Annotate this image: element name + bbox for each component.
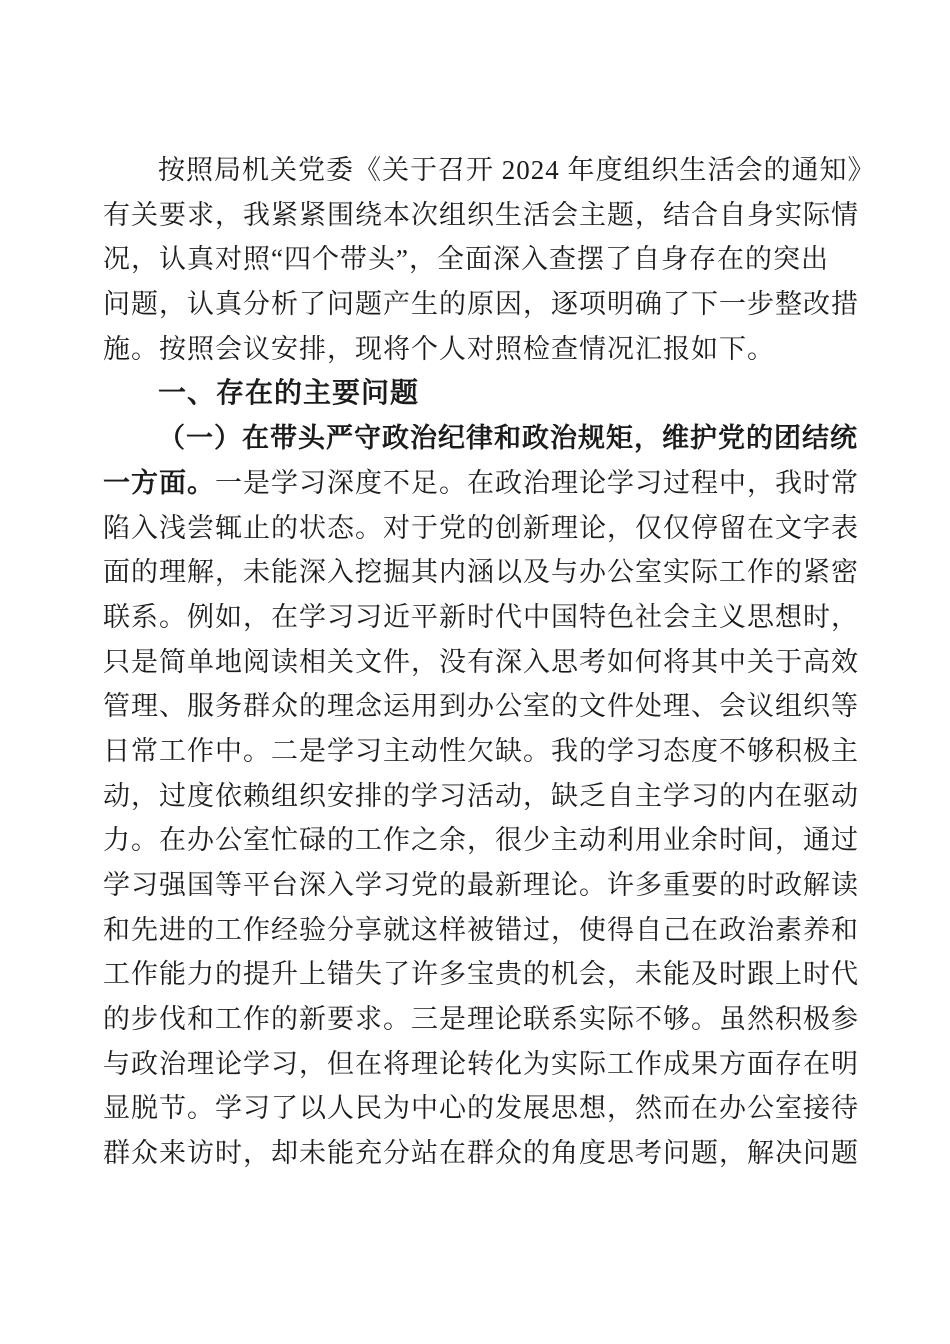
section1-line: 只是简单地阅读相关文件，没有深入思考如何将其中关于高效 xyxy=(103,640,833,685)
section1-line: 显脱节。学习了以人民为中心的发展思想，然而在办公室接待 xyxy=(103,1086,833,1131)
section1-line: 的步伐和工作的新要求。三是理论联系实际不够。虽然积极参 xyxy=(103,997,833,1042)
section1-line: 学习强国等平台深入学习党的最新理论。许多重要的时政解读 xyxy=(103,863,833,908)
section1-line: 面的理解，未能深入挖掘其内涵以及与办公室实际工作的紧密 xyxy=(103,550,833,595)
paragraph1-line: 施。按照会议安排，现将个人对照检查情况汇报如下。 xyxy=(103,327,833,372)
section1-lead-line: （一）在带头严守政治纪律和政治规矩，维护党的团结统 xyxy=(103,416,833,461)
section1-line: 管理、服务群众的理念运用到办公室的文件处理、会议组织等 xyxy=(103,684,833,729)
section1-line: 日常工作中。二是学习主动性欠缺。我的学习态度不够积极主 xyxy=(103,729,833,774)
paragraph1-line: 问题，认真分析了问题产生的原因，逐项明确了下一步整改措 xyxy=(103,282,833,327)
section1-line-text: 一是学习深度不足。在政治理论学习过程中，我时常 xyxy=(215,468,859,498)
section1-line: 群众来访时，却未能充分站在群众的角度思考问题，解决问题 xyxy=(103,1131,833,1176)
section1-line: 力。在办公室忙碌的工作之余，很少主动利用业余时间，通过 xyxy=(103,818,833,863)
document-page: 按照局机关党委《关于召开 2024 年度组织生活会的通知》 有关要求，我紧紧围绕… xyxy=(0,0,950,1344)
section-heading: 一、存在的主要问题 xyxy=(103,371,833,416)
paragraph1-line: 况，认真对照“四个带头”，全面深入查摆了自身存在的突出 xyxy=(103,237,833,282)
section1-lead-continuation: 一方面。 xyxy=(103,468,215,498)
paragraph1-line: 有关要求，我紧紧围绕本次组织生活会主题，结合自身实际情 xyxy=(103,193,833,238)
section1-line: 陷入浅尝辄止的状态。对于党的创新理论，仅仅停留在文字表 xyxy=(103,506,833,551)
section1-line: 与政治理论学习，但在将理论转化为实际工作成果方面存在明 xyxy=(103,1042,833,1087)
paragraph1-line: 按照局机关党委《关于召开 2024 年度组织生活会的通知》 xyxy=(103,148,833,193)
section1-line: 动，过度依赖组织安排的学习活动，缺乏自主学习的内在驱动 xyxy=(103,774,833,819)
section1-line: 一方面。一是学习深度不足。在政治理论学习过程中，我时常 xyxy=(103,461,833,506)
document-body: 按照局机关党委《关于召开 2024 年度组织生活会的通知》 有关要求，我紧紧围绕… xyxy=(103,148,833,1176)
section1-line: 和先进的工作经验分享就这样被错过，使得自己在政治素养和 xyxy=(103,908,833,953)
section1-line: 工作能力的提升上错失了许多宝贵的机会，未能及时跟上时代 xyxy=(103,952,833,997)
section1-line: 联系。例如，在学习习近平新时代中国特色社会主义思想时， xyxy=(103,595,833,640)
